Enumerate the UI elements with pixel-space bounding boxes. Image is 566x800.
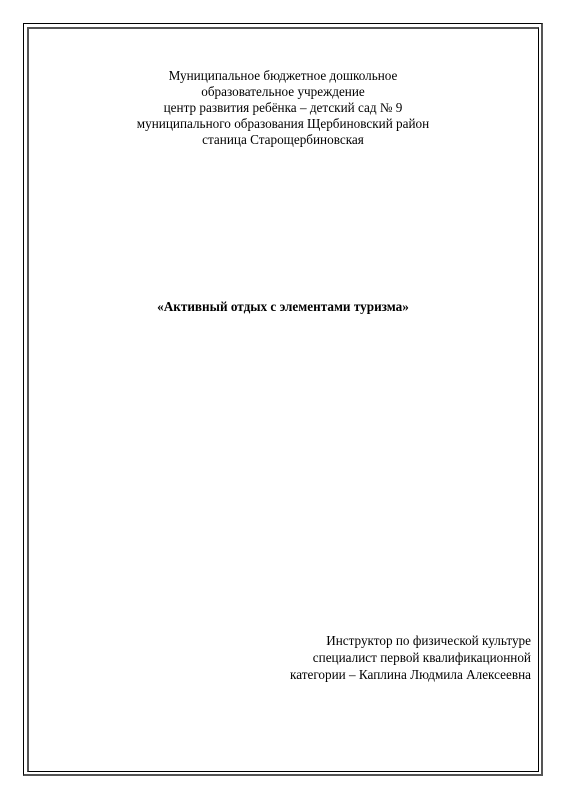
author-line: Инструктор по физической культуре: [290, 632, 531, 649]
document-title: «Активный отдых с элементами туризма»: [0, 299, 566, 315]
header-line: муниципального образования Щербиновский …: [0, 116, 566, 132]
author-line: категории – Каплина Людмила Алексеевна: [290, 666, 531, 683]
author-line: специалист первой квалификационной: [290, 649, 531, 666]
institution-header: Муниципальное бюджетное дошкольное образ…: [0, 68, 566, 148]
author-info: Инструктор по физической культуре специа…: [290, 632, 531, 683]
header-line: станица Старощербиновская: [0, 132, 566, 148]
header-line: центр развития ребёнка – детский сад № 9: [0, 100, 566, 116]
header-line: образовательное учреждение: [0, 84, 566, 100]
header-line: Муниципальное бюджетное дошкольное: [0, 68, 566, 84]
